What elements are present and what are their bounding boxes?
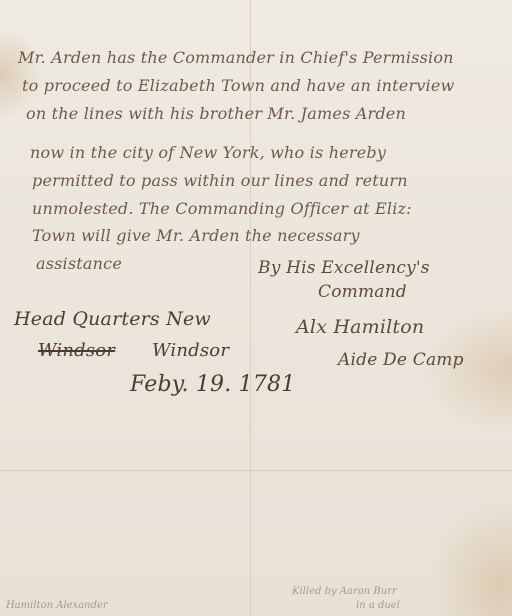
dateline-place: Head Quarters New [14,308,211,330]
body-line-5: permitted to pass within our lines and r… [32,171,408,190]
pencil-note-name: Hamilton Alexander [6,600,108,611]
body-line-6: unmolested. The Commanding Officer at El… [32,199,412,218]
body-line-7: Town will give Mr. Arden the necessary [32,226,360,245]
body-line-2: to proceed to Elizabeth Town and have an… [22,76,454,95]
pencil-note-line-1: Killed by Aaron Burr [292,586,397,597]
dateline-town: Windsor [152,340,229,361]
signature-title: Aide De Camp [338,350,464,370]
closing-line-2: Command [318,282,407,302]
body-line-1: Mr. Arden has the Commander in Chief's P… [18,48,454,67]
fold-crease-horizontal [0,470,512,471]
letter-paper: Mr. Arden has the Commander in Chief's P… [0,0,512,616]
dateline-struck-word: Windsor [38,340,115,361]
body-line-4: now in the city of New York, who is here… [30,143,386,162]
body-line-8: assistance [36,254,122,273]
pencil-note-line-2: in a duel [356,600,400,611]
dateline-date: Feby. 19. 1781 [130,372,295,397]
closing-line-1: By His Excellency's [258,258,430,278]
signature: Alx Hamilton [296,316,424,338]
body-line-3: on the lines with his brother Mr. James … [26,104,406,123]
